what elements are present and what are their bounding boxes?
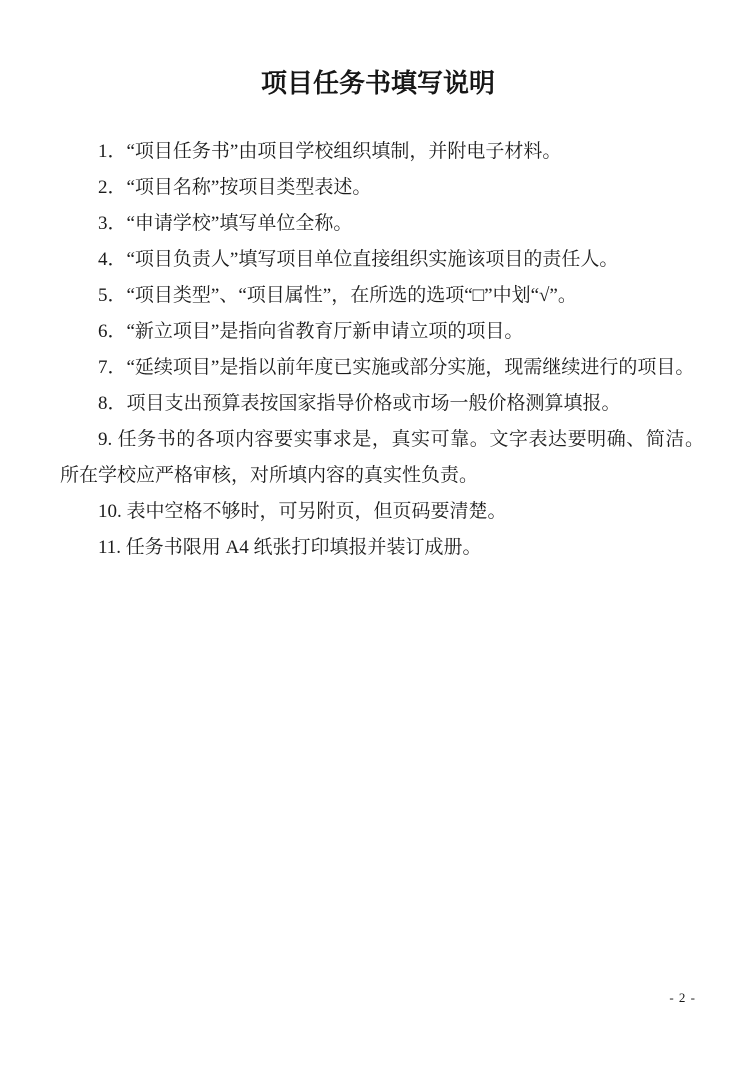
instructions-list: 1．“项目任务书”由项目学校组织填制，并附电子材料。 2．“项目名称”按项目类型…: [60, 134, 704, 566]
document-page: 项目任务书填写说明 1．“项目任务书”由项目学校组织填制，并附电子材料。 2．“…: [0, 0, 756, 1068]
instruction-item-11: 11. 任务书限用 A4 纸张打印填报并装订成册。: [60, 530, 704, 566]
instruction-item-10: 10. 表中空格不够时，可另附页，但页码要清楚。: [60, 494, 704, 530]
instruction-item-1: 1．“项目任务书”由项目学校组织填制，并附电子材料。: [60, 134, 704, 170]
instruction-item-5: 5．“项目类型”、“项目属性”，在所选的选项“□”中划“√”。: [60, 278, 704, 314]
document-title: 项目任务书填写说明: [0, 0, 756, 104]
instruction-item-2: 2．“项目名称”按项目类型表述。: [60, 170, 704, 206]
page-number: - 2 -: [669, 990, 696, 1006]
instruction-item-8: 8．项目支出预算表按国家指导价格或市场一般价格测算填报。: [60, 386, 704, 422]
instruction-item-9: 9. 任务书的各项内容要实事求是，真实可靠。文字表达要明确、简洁。所在学校应严格…: [60, 422, 704, 494]
instruction-item-7: 7．“延续项目”是指以前年度已实施或部分实施，现需继续进行的项目。: [60, 350, 704, 386]
instruction-item-6: 6．“新立项目”是指向省教育厅新申请立项的项目。: [60, 314, 704, 350]
instruction-item-4: 4．“项目负责人”填写项目单位直接组织实施该项目的责任人。: [60, 242, 704, 278]
instruction-item-3: 3．“申请学校”填写单位全称。: [60, 206, 704, 242]
